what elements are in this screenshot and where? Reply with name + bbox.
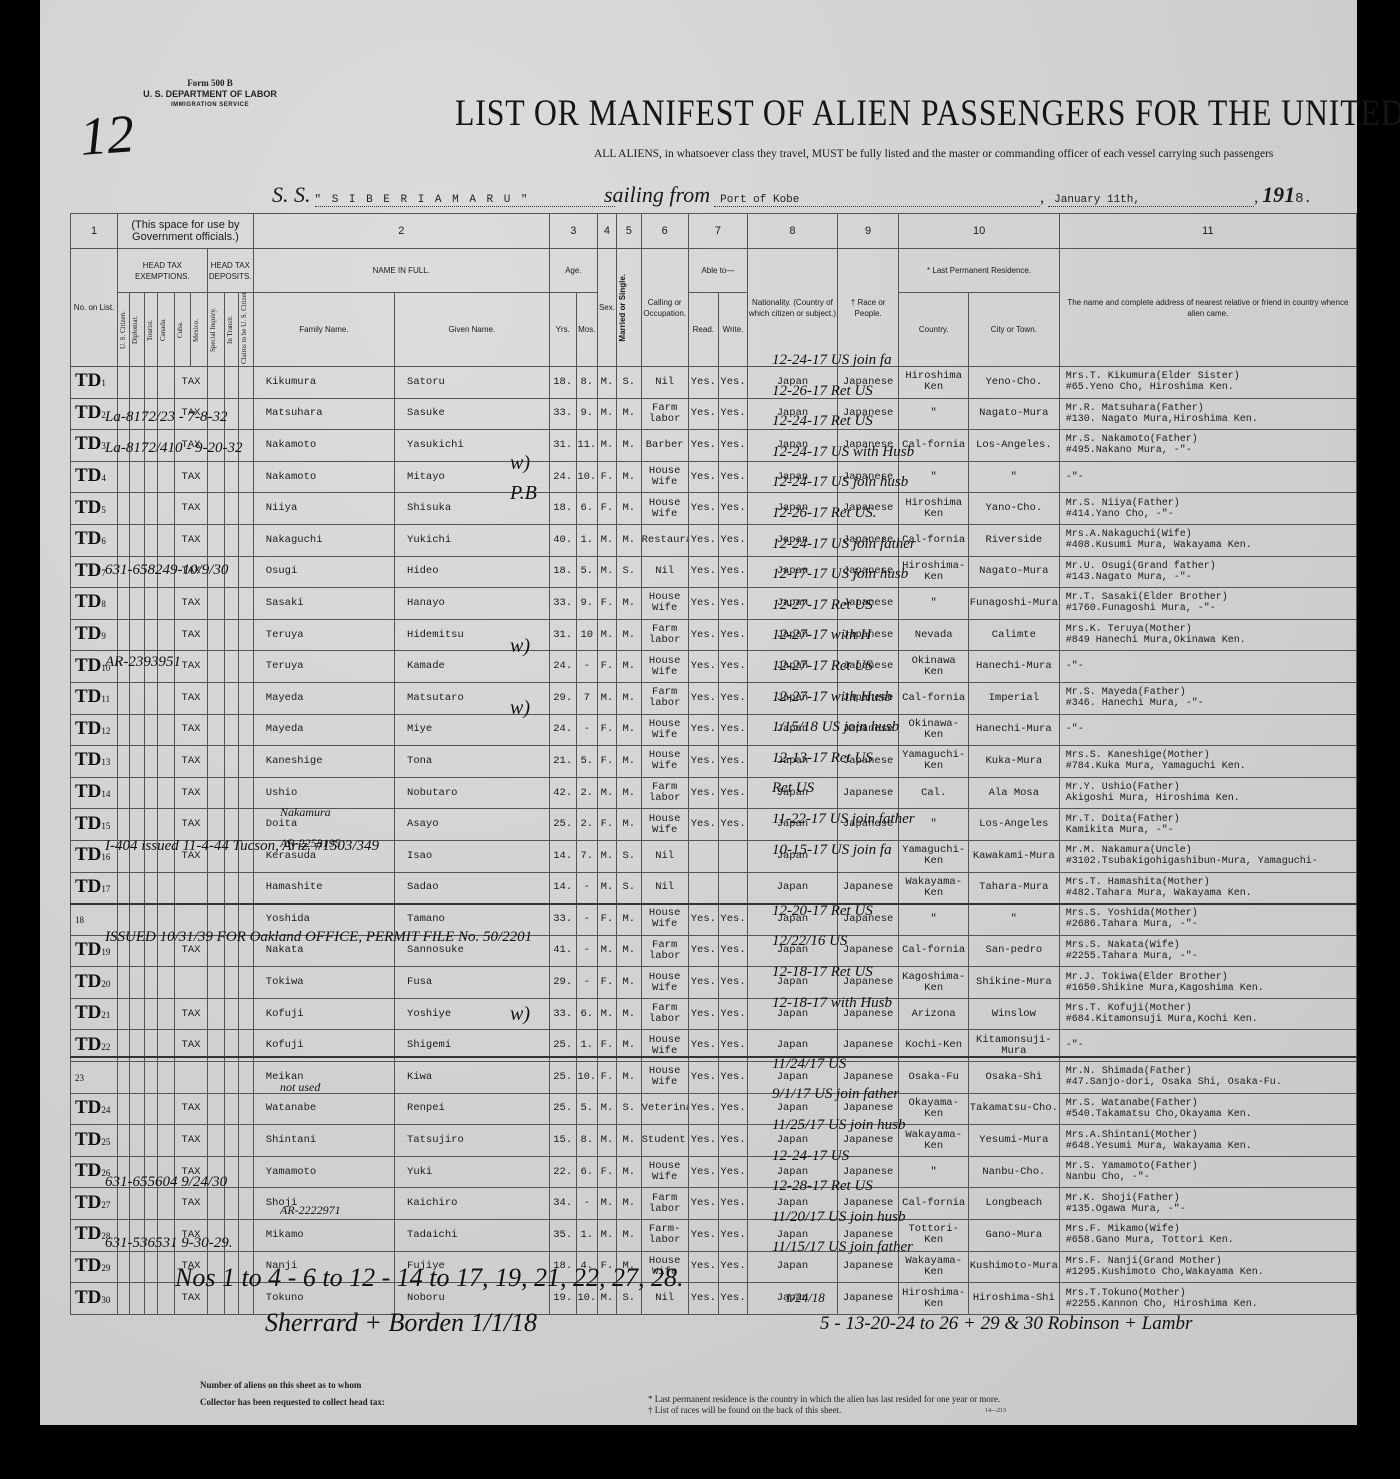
exemption-cell [144,461,157,493]
able-to-read: Yes. [688,398,718,430]
table-row: TD9TAXTeruyaHidemitsu31.10M.M.Farm labor… [71,619,1357,651]
deposit-cell [224,1093,239,1125]
col-number: 5 [616,214,641,249]
exemption-cell [130,746,145,778]
nearest-relative: Mr.K. Shoji(Father)#135.Ogawa Mura, -"- [1059,1188,1356,1220]
exemption-cell [158,588,175,620]
age-months: 9. [576,588,597,620]
relative-address: #482.Tahara Mura, Wakayama Ken. [1066,888,1356,899]
residence-city: Nagato-Mura [968,556,1059,588]
form-code: 14—213 [985,1406,1006,1417]
col-number: 4 [597,214,616,249]
family-name: Teruya [253,651,394,683]
residence-city: " [968,461,1059,493]
handwritten-name-note: AR-2253195 [280,836,341,851]
calling-header: Calling or Occupation. [641,249,688,367]
residence-country: Wakayama-Ken [899,872,969,904]
sex: M. [597,1220,616,1252]
list-number: 13 [101,757,110,767]
residence-city: Nanbu-Cho. [968,1156,1059,1188]
residence-city: Hanechi-Mura [968,714,1059,746]
deposit-cell [239,809,254,841]
married-single: M. [616,1188,641,1220]
residence-city: Winslow [968,998,1059,1030]
handwritten-annotation: 12-20-17 Ret US [772,903,873,920]
residence-country: " [899,398,969,430]
list-number: 11 [101,694,110,704]
scan-border-right [1357,0,1400,1479]
head-tax-exemptions-header: HEAD TAX EXEMPTIONS. [118,249,208,293]
married-single: M. [616,777,641,809]
list-number: 22 [101,1042,110,1052]
deposit-cell [207,461,224,493]
strikethrough-line [70,1056,1357,1058]
able-to-read: Yes. [688,1062,718,1094]
table-row: TD4TAXNakamotoMitayo24.10.F.M.House Wife… [71,461,1357,493]
year-suffix: 8. [1295,191,1312,207]
page-subtitle: ALL ALIENS, in whatsoever class they tra… [594,148,1273,160]
age-months: 10. [576,461,597,493]
year-prefix: 191 [1262,182,1295,207]
tax-stamp: TAX [175,461,208,493]
td-mark: TD [75,749,101,770]
relative-address: Kamikita Mura, -"- [1066,825,1356,836]
able-to-read: Yes. [688,998,718,1030]
occupation: Farm labor [641,935,688,967]
relative-name: Mr.S. Mayeda(Father) [1066,687,1356,698]
exemption-cell [144,1125,157,1157]
list-number-cell: TD4 [71,461,118,493]
list-number: 19 [101,947,110,957]
relative-name: Mrs.T. Kofuji(Mother) [1066,1003,1356,1014]
age-months: 5. [576,556,597,588]
age-years: 25. [549,809,576,841]
occupation: Barber [641,430,688,462]
list-number: 18 [75,915,84,925]
occupation: Farm labor [641,1188,688,1220]
col-number: 1 [71,214,118,249]
list-number: 17 [101,884,110,894]
age-years: 22. [549,1156,576,1188]
relative-address: -"- [1066,1040,1356,1051]
exemption-cell [144,746,157,778]
handwritten-annotation: 12-27-17 Ret US [772,597,873,614]
family-name: Watanabe [253,1093,394,1125]
exemption-cell [118,1188,130,1220]
exemption-cell [158,619,175,651]
column-number-row: 1 (This space for use by Government offi… [71,214,1357,249]
sex: M. [597,1188,616,1220]
occupation: House Wife [641,904,688,936]
exemption-cell [144,588,157,620]
list-number-cell: TD15 [71,809,118,841]
sex: F. [597,904,616,936]
exemption-cell [144,1093,157,1125]
occupation: House Wife [641,493,688,525]
deposit-cell [207,746,224,778]
married-single: M. [616,651,641,683]
last-residence-header: * Last Permanent Residence. [899,249,1059,293]
list-number-cell: TD8 [71,588,118,620]
relative-name: Mrs.A.Shintani(Mother) [1066,1130,1356,1141]
table-row: TD8TAXSasakiHanayo33.9.F.M.House WifeYes… [71,588,1357,620]
relative-address: -"- [1066,724,1356,735]
able-to-write: Yes. [718,588,747,620]
exemption-cell [118,493,130,525]
able-to-read: Yes. [688,1283,718,1315]
exemption-cell [144,1283,157,1315]
married-single: M. [616,588,641,620]
given-name-header: Given Name. [395,293,550,367]
footnote-races: † List of races will be found on the bac… [648,1405,841,1416]
relative-address: #648.Yesumi Mura, Wakayama Ken. [1066,1141,1356,1152]
able-to-write: Yes. [718,1188,747,1220]
sailing-date: January 11th, [1048,194,1254,207]
residence-city: Funagoshi-Mura [968,588,1059,620]
relative-address: -"- [1066,661,1356,672]
age-years: 33. [549,998,576,1030]
age-months: - [576,904,597,936]
residence-city: Tahara-Mura [968,872,1059,904]
handwritten-annotation: 12-27-17 Ret US [772,658,873,675]
handwritten-annotation: 11/20/17 US join husb [772,1209,905,1226]
age-months: 8. [576,367,597,399]
exemption-cell [158,746,175,778]
exemption-cell [130,998,145,1030]
collector-note: Collector has been requested to collect … [200,1397,385,1407]
exemption-cell [118,714,130,746]
deposit-cell [224,998,239,1030]
age-years: 33. [549,398,576,430]
exemption-cell [144,714,157,746]
able-to-write: Yes. [718,493,747,525]
handwritten-left-note: La-8172/410 - 9-20-32 [105,440,243,457]
nearest-relative: Mr.M. Nakamura(Uncle)#3102.Tsubakigohiga… [1059,840,1356,872]
name-in-full-header: NAME IN FULL. [253,249,549,293]
deposit-cell [239,872,254,904]
relative-address: #1650.Shikine Mura,Kagoshima Ken. [1066,983,1356,994]
given-name: Renpei [395,1093,550,1125]
married-single: M. [616,967,641,999]
deposit-cell [239,1188,254,1220]
exemption-cell [118,1251,130,1283]
list-number: 1 [101,378,106,388]
deposit-cell [224,1188,239,1220]
age-months: 1. [576,524,597,556]
tax-stamp: TAX [175,1188,208,1220]
age-years: 35. [549,1220,576,1252]
residence-city: Yano-Cho. [968,493,1059,525]
tax-stamp: TAX [175,1093,208,1125]
list-number-cell: TD1 [71,367,118,399]
married-single: M. [616,461,641,493]
list-number: 23 [75,1073,84,1083]
nearest-relative: Mrs.S. Kaneshige(Mother)#784.Kuka Mura, … [1059,746,1356,778]
residence-country: Okinawa Ken [899,651,969,683]
married-single: M. [616,430,641,462]
deposit-cell [224,1125,239,1157]
residence-city: Imperial [968,682,1059,714]
able-to-read: Yes. [688,524,718,556]
residence-city: Yeno-Cho. [968,367,1059,399]
service: IMMIGRATION SERVICE [140,100,280,111]
handwritten-left-note: ISSUED 10/31/39 FOR Oakland OFFICE, PERM… [105,929,532,946]
relative-address: #684.Kitamonsuji Mura,Kochi Ken. [1066,1014,1356,1025]
table-row: TD13TAXKaneshigeTona21.5.F.M.House WifeY… [71,746,1357,778]
relative-name: Mr.R. Matsuhara(Father) [1066,403,1356,414]
exemption-cell [130,967,145,999]
td-mark: TD [75,1287,101,1308]
nearest-relative: Mr.T. Doita(Father)Kamikita Mura, -"- [1059,809,1356,841]
age-years: 41. [549,935,576,967]
relative-name: Mr.S. Nakamoto(Father) [1066,434,1356,445]
exemption-cell [130,1251,145,1283]
relative-address: #3102.Tsubakigohigashibun-Mura, Yamaguch… [1066,856,1356,867]
tax-stamp: TAX [175,619,208,651]
exemption-cell [158,524,175,556]
td-mark: TD [75,813,101,834]
deposit-cell [207,524,224,556]
col-number: 11 [1059,214,1356,249]
sex: F. [597,1156,616,1188]
able-to-read: Yes. [688,682,718,714]
tax-stamp: TAX [175,588,208,620]
deposit-cell [239,1093,254,1125]
occupation: Farm-labor [641,1220,688,1252]
exemption-cell [144,1251,157,1283]
nearest-relative: Mr.S. Yamamoto(Father)Nanbu Cho, -"- [1059,1156,1356,1188]
td-mark: TD [75,623,101,644]
married-single: M. [616,998,641,1030]
given-name: Tatsujiro [395,1125,550,1157]
tax-stamp [175,967,208,999]
table-row: TD6TAXNakaguchiYukichi40.1.M.M.Restauran… [71,524,1357,556]
list-number-cell: TD12 [71,714,118,746]
occupation: Nil [641,556,688,588]
family-name: Matsuhara [253,398,394,430]
age-months: 10 [576,619,597,651]
col-number: 2 [253,214,549,249]
td-mark: TD [75,718,101,739]
handwritten-annotation: 1/15/18 US join husb [772,719,899,736]
handwritten-left-note: AR-2393951 [105,654,181,671]
exemption-cell [158,998,175,1030]
handwritten-annotation: 12-18-17 with Husb [772,995,892,1012]
port-of-departure: Port of Kobe [714,194,1040,207]
exemption-cell [144,367,157,399]
age-months: 2. [576,809,597,841]
special-inquiry-header: Special Inquiry. [207,293,224,367]
relative-name: Mrs.F. Nanji(Grand Mother) [1066,1256,1356,1267]
relative-name: Mrs.S. Kaneshige(Mother) [1066,750,1356,761]
claims-citizen-header: Claims to be U. S. Citizen. [239,293,254,367]
deposit-cell [239,714,254,746]
exemption-cell [130,1283,145,1315]
no-on-list-header: No. on List. [71,249,118,367]
able-to-write: Yes. [718,1251,747,1283]
able-to-write: Yes. [718,809,747,841]
nearest-relative: Mr.S. Mayeda(Father)#346. Hanechi Mura, … [1059,682,1356,714]
tax-stamp: TAX [175,714,208,746]
able-to-write: Yes. [718,1156,747,1188]
able-to-read: Yes. [688,1188,718,1220]
residence-city: Kawakami-Mura [968,840,1059,872]
deposit-cell [239,588,254,620]
occupation: House Wife [641,588,688,620]
mexico-header: Mexico. [190,293,207,367]
relative-name: Mr.S. Watanabe(Father) [1066,1098,1356,1109]
married-single: M. [616,682,641,714]
table-row: TD2TAXMatsuharaSasuke33.9.M.M.Farm labor… [71,398,1357,430]
age-years: 42. [549,777,576,809]
aliens-as-to-whom: Number of aliens on this sheet as to who… [200,1380,361,1390]
td-mark: TD [75,591,101,612]
able-to-write [718,872,747,904]
tax-stamp: TAX [175,682,208,714]
race: Japanese [837,1283,899,1315]
deposit-cell [239,777,254,809]
gov-officials-note: (This space for use by Government offici… [118,214,254,249]
residence-country: Nevada [899,619,969,651]
sex: M. [597,935,616,967]
table-row: TD7TAXOsugiHideo18.5.M.S.NilYes.Yes.Japa… [71,556,1357,588]
list-number: 15 [101,821,110,831]
relative-address: #414.Yano Cho, -"- [1066,509,1356,520]
td-mark: TD [75,1129,101,1150]
nearest-relative: -"- [1059,714,1356,746]
family-name: Mikamo [253,1220,394,1252]
handwritten-name-note: not used [280,1080,320,1095]
exemption-cell [130,1062,145,1094]
able-to-write: Yes. [718,904,747,936]
deposit-cell [239,619,254,651]
deposit-cell [224,809,239,841]
sex: M. [597,998,616,1030]
nearest-relative: Mr.J. Tokiwa(Elder Brother)#1650.Shikine… [1059,967,1356,999]
list-number: 25 [101,1137,110,1147]
sailing-line: sailing from Port of Kobe, January 11th,… [604,182,1312,208]
married-single: S. [616,556,641,588]
sex: M. [597,840,616,872]
deposit-cell [207,777,224,809]
sex: M. [597,1093,616,1125]
family-name: Yamamoto [253,1156,394,1188]
country-header: Country. [899,293,969,367]
residence-country: Cal-fornia [899,1188,969,1220]
age-months: - [576,935,597,967]
able-to-write: Yes. [718,746,747,778]
handwritten-annotation: 12-13-17 Ret US [772,750,873,767]
age-months: 9. [576,398,597,430]
deposit-cell [239,556,254,588]
deposit-cell [224,367,239,399]
exemption-cell [118,1125,130,1157]
handwritten-annotation: 12-17-17 US join husb [772,566,908,583]
td-mark: TD [75,1034,101,1055]
occupation: Restaurant [641,524,688,556]
residence-country: " [899,461,969,493]
handwritten-annotation: 12-24-17 Ret US [772,413,873,430]
able-to-write: Yes. [718,682,747,714]
handwritten-left-note: 631-658249-10/9/30 [105,562,228,579]
list-number-cell: TD25 [71,1125,118,1157]
exemption-cell [144,619,157,651]
deposit-cell [224,619,239,651]
relative-address: #2686.Tahara Mura, -"- [1066,919,1356,930]
sex: M. [597,430,616,462]
occupation: Nil [641,872,688,904]
table-row: TD20TokiwaFusa29.-F.M.House WifeYes.Yes.… [71,967,1357,999]
handwritten-left-note: 631-536531 9-30-29. [105,1235,233,1252]
relative-address: #849 Hanechi Mura,Okinawa Ken. [1066,635,1356,646]
age-months: 10. [576,1062,597,1094]
family-name: Nakamoto [253,430,394,462]
relative-name: Mr.T. Sasaki(Elder Brother) [1066,592,1356,603]
family-name: Niiya [253,493,394,525]
married-single: M. [616,714,641,746]
exemption-cell [118,777,130,809]
residence-country: Hiroshima-Ken [899,1283,969,1315]
relative-address: #495.Nakano Mura, -"- [1066,445,1356,456]
relative-address: #784.Kuka Mura, Yamaguchi Ken. [1066,761,1356,772]
list-number: 29 [101,1263,110,1273]
nationality: Japan [748,872,838,904]
residence-country: Cal-fornia [899,682,969,714]
age-years: 33. [549,588,576,620]
list-number: 12 [101,726,110,736]
residence-country: Cal. [899,777,969,809]
sex: M. [597,619,616,651]
age-months: 7. [576,840,597,872]
deposit-cell [224,777,239,809]
relative-address: #658.Gano Mura, Tottori Ken. [1066,1235,1356,1246]
residence-city: Osaka-Shi [968,1062,1059,1094]
residence-city: Kushimoto-Mura [968,1251,1059,1283]
handwritten-annotation: 11/24/17 US [772,1056,846,1073]
deposit-cell [239,493,254,525]
relative-name: Mrs.F. Mikamo(Wife) [1066,1224,1356,1235]
list-number-cell: TD9 [71,619,118,651]
deposit-cell [239,998,254,1030]
exemption-cell [158,967,175,999]
residence-country: Cal-fornia [899,935,969,967]
able-to-read [688,872,718,904]
exemption-cell [130,1125,145,1157]
deposit-cell [224,746,239,778]
residence-city: " [968,904,1059,936]
relative-address: #2255.Tahara Mura, -"- [1066,951,1356,962]
relative-address: #135.Ogawa Mura, -"- [1066,1204,1356,1215]
sex: M. [597,398,616,430]
married-single: M. [616,1156,641,1188]
able-to-read: Yes. [688,714,718,746]
given-name: Tona [395,746,550,778]
given-name: Fusa [395,967,550,999]
td-mark: TD [75,781,101,802]
handwritten-side-note: P.B [510,482,537,505]
occupation: House Wife [641,1156,688,1188]
list-number: 14 [101,789,110,799]
given-name: Asayo [395,809,550,841]
td-mark: TD [75,1255,101,1276]
deposit-cell [224,682,239,714]
tax-stamp: TAX [175,524,208,556]
list-number: 30 [101,1295,110,1305]
age-months: 7 [576,682,597,714]
relative-name: Mr.N. Shimada(Father) [1066,1066,1356,1077]
table-row: TD10TAXTeruyaKamade24.-F.M.House WifeYes… [71,651,1357,683]
able-to-read [688,840,718,872]
